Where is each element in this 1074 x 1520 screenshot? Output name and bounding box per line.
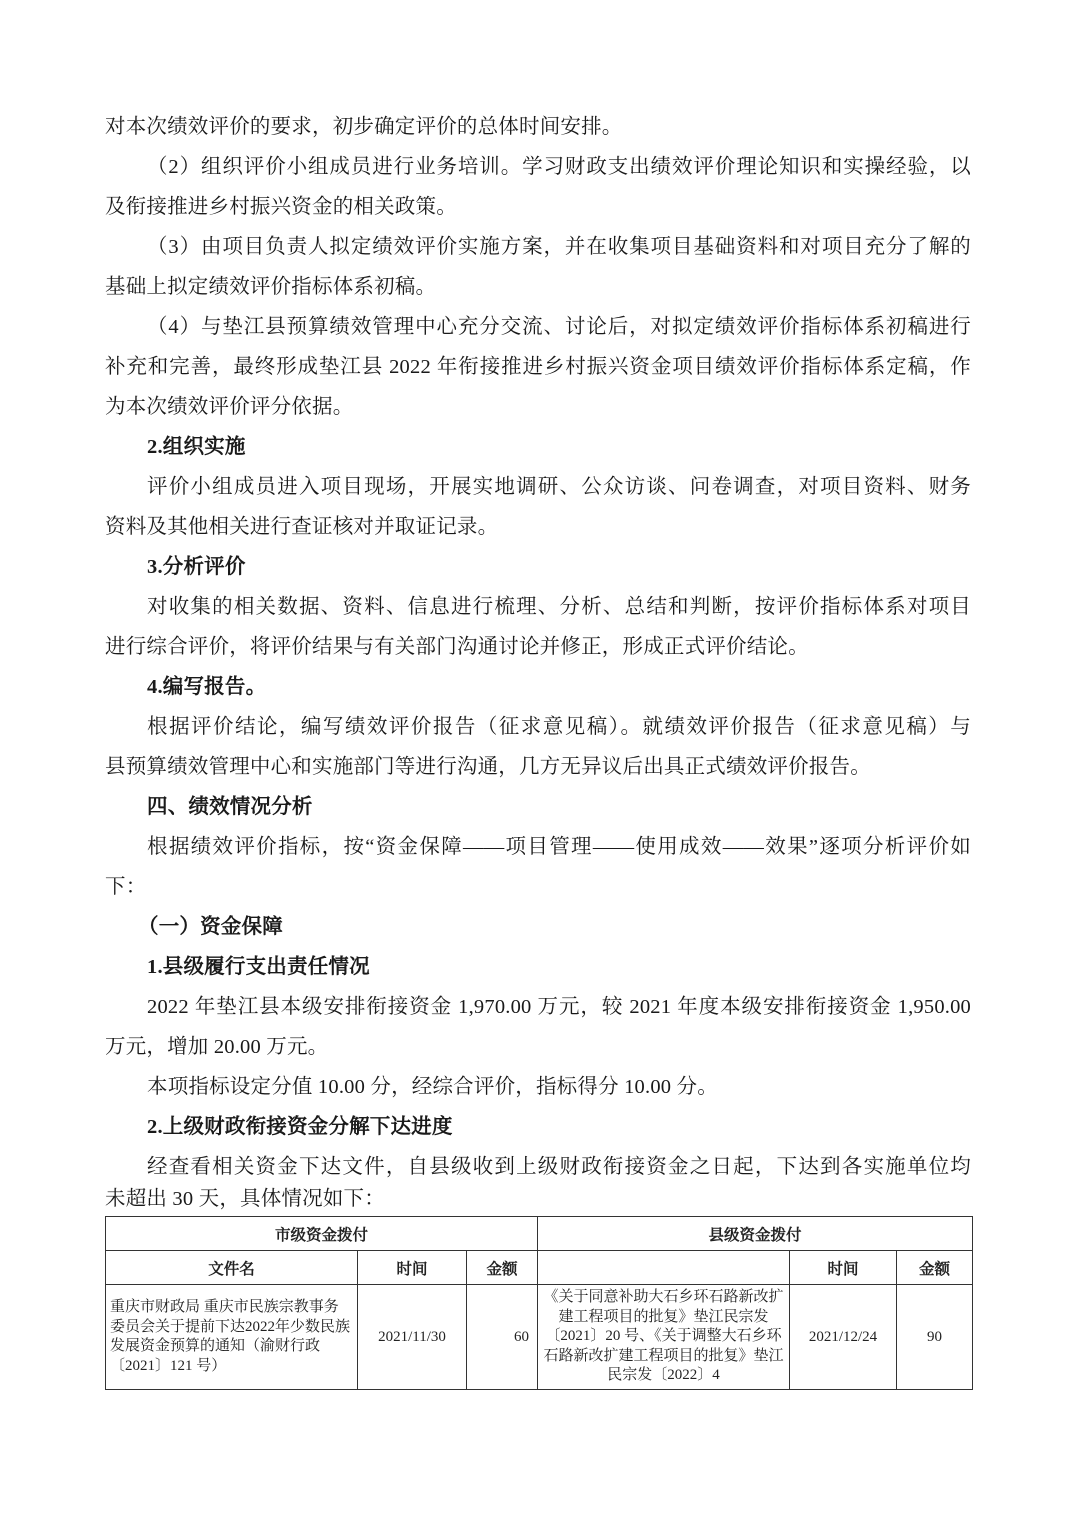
column-header-city-time: 时间 xyxy=(358,1251,467,1285)
table-group-header-row: 市级资金拨付 县级资金拨付 xyxy=(106,1217,973,1251)
paragraph-line: 补充和完善，最终形成垫江县 2022 年衔接推进乡村振兴资金项目绩效评价指标体系… xyxy=(105,353,971,381)
column-header-city-amount: 金额 xyxy=(467,1251,538,1285)
column-header-county-time: 时间 xyxy=(790,1251,897,1285)
paragraph-line: 对本次绩效评价的要求，初步确定评价的总体时间安排。 xyxy=(105,113,971,141)
paragraph-line: 经查看相关资金下达文件，自县级收到上级财政衔接资金之日起，下达到各实施单位均 xyxy=(147,1153,971,1181)
county-file-cell: 《关于同意补助大石乡环石路新改扩建工程项目的批复》垫江民宗发〔2021〕20 号… xyxy=(538,1285,790,1390)
paragraph-line: 万元，增加 20.00 万元。 xyxy=(105,1033,971,1061)
chapter-heading: 四、绩效情况分析 xyxy=(147,793,971,821)
item-heading: 2.上级财政衔接资金分解下达进度 xyxy=(147,1113,971,1141)
paragraph-line: 对收集的相关数据、资料、信息进行梳理、分析、总结和判断，按评价指标体系对项目 xyxy=(147,593,971,621)
paragraph-line: 进行综合评价，将评价结果与有关部门沟通讨论并修正，形成正式评价结论。 xyxy=(105,633,971,661)
table-row: 重庆市财政局 重庆市民族宗教事务委员会关于提前下达2022年少数民族发展资金预算… xyxy=(106,1285,973,1390)
paragraph-line: （4）与垫江县预算绩效管理中心充分交流、讨论后，对拟定绩效评价指标体系初稿进行 xyxy=(147,313,971,341)
paragraph-line: 资料及其他相关进行查证核对并取证记录。 xyxy=(105,513,971,541)
city-amount-cell: 60 xyxy=(467,1285,538,1390)
item-heading: 1.县级履行支出责任情况 xyxy=(147,953,971,981)
column-header-county-file xyxy=(538,1251,790,1285)
fund-disbursement-table: 市级资金拨付 县级资金拨付 文件名 时间 金额 时间 金额 重庆市财政局 重庆市… xyxy=(105,1216,973,1390)
paragraph-line: 2022 年垫江县本级安排衔接资金 1,970.00 万元，较 2021 年度本… xyxy=(147,993,971,1021)
subsection-heading: （一）资金保障 xyxy=(138,913,962,941)
paragraph-line: 根据绩效评价指标，按“资金保障——项目管理——使用成效——效果”逐项分析评价如 xyxy=(147,833,971,861)
paragraph-line: 根据评价结论，编写绩效评价报告（征求意见稿）。就绩效评价报告（征求意见稿）与 xyxy=(147,713,971,741)
paragraph-line: （2）组织评价小组成员进行业务培训。学习财政支出绩效评价理论知识和实操经验，以 xyxy=(147,153,971,181)
paragraph-line: （3）由项目负责人拟定绩效评价实施方案，并在收集项目基础资料和对项目充分了解的 xyxy=(147,233,971,261)
county-amount-cell: 90 xyxy=(897,1285,973,1390)
county-time-cell: 2021/12/24 xyxy=(790,1285,897,1390)
county-fund-header: 县级资金拨付 xyxy=(538,1217,973,1251)
city-fund-header: 市级资金拨付 xyxy=(106,1217,538,1251)
section-heading: 4.编写报告。 xyxy=(147,673,971,701)
document-page: 对本次绩效评价的要求，初步确定评价的总体时间安排。 （2）组织评价小组成员进行业… xyxy=(0,0,1074,1520)
paragraph-line: 本项指标设定分值 10.00 分，经综合评价，指标得分 10.00 分。 xyxy=(147,1073,971,1101)
section-heading: 2.组织实施 xyxy=(147,433,971,461)
paragraph-line: 下： xyxy=(105,873,971,901)
paragraph-line: 基础上拟定绩效评价指标体系初稿。 xyxy=(105,273,971,301)
column-header-city-file: 文件名 xyxy=(106,1251,358,1285)
city-time-cell: 2021/11/30 xyxy=(358,1285,467,1390)
paragraph-line: 及衔接推进乡村振兴资金的相关政策。 xyxy=(105,193,971,221)
paragraph-line: 为本次绩效评价评分依据。 xyxy=(105,393,971,421)
table-column-header-row: 文件名 时间 金额 时间 金额 xyxy=(106,1251,973,1285)
section-heading: 3.分析评价 xyxy=(147,553,971,581)
column-header-county-amount: 金额 xyxy=(897,1251,973,1285)
paragraph-line: 评价小组成员进入项目现场，开展实地调研、公众访谈、问卷调查，对项目资料、财务 xyxy=(147,473,971,501)
paragraph-line: 未超出 30 天，具体情况如下： xyxy=(105,1185,971,1213)
paragraph-line: 县预算绩效管理中心和实施部门等进行沟通，几方无异议后出具正式绩效评价报告。 xyxy=(105,753,971,781)
city-file-cell: 重庆市财政局 重庆市民族宗教事务委员会关于提前下达2022年少数民族发展资金预算… xyxy=(106,1285,358,1390)
